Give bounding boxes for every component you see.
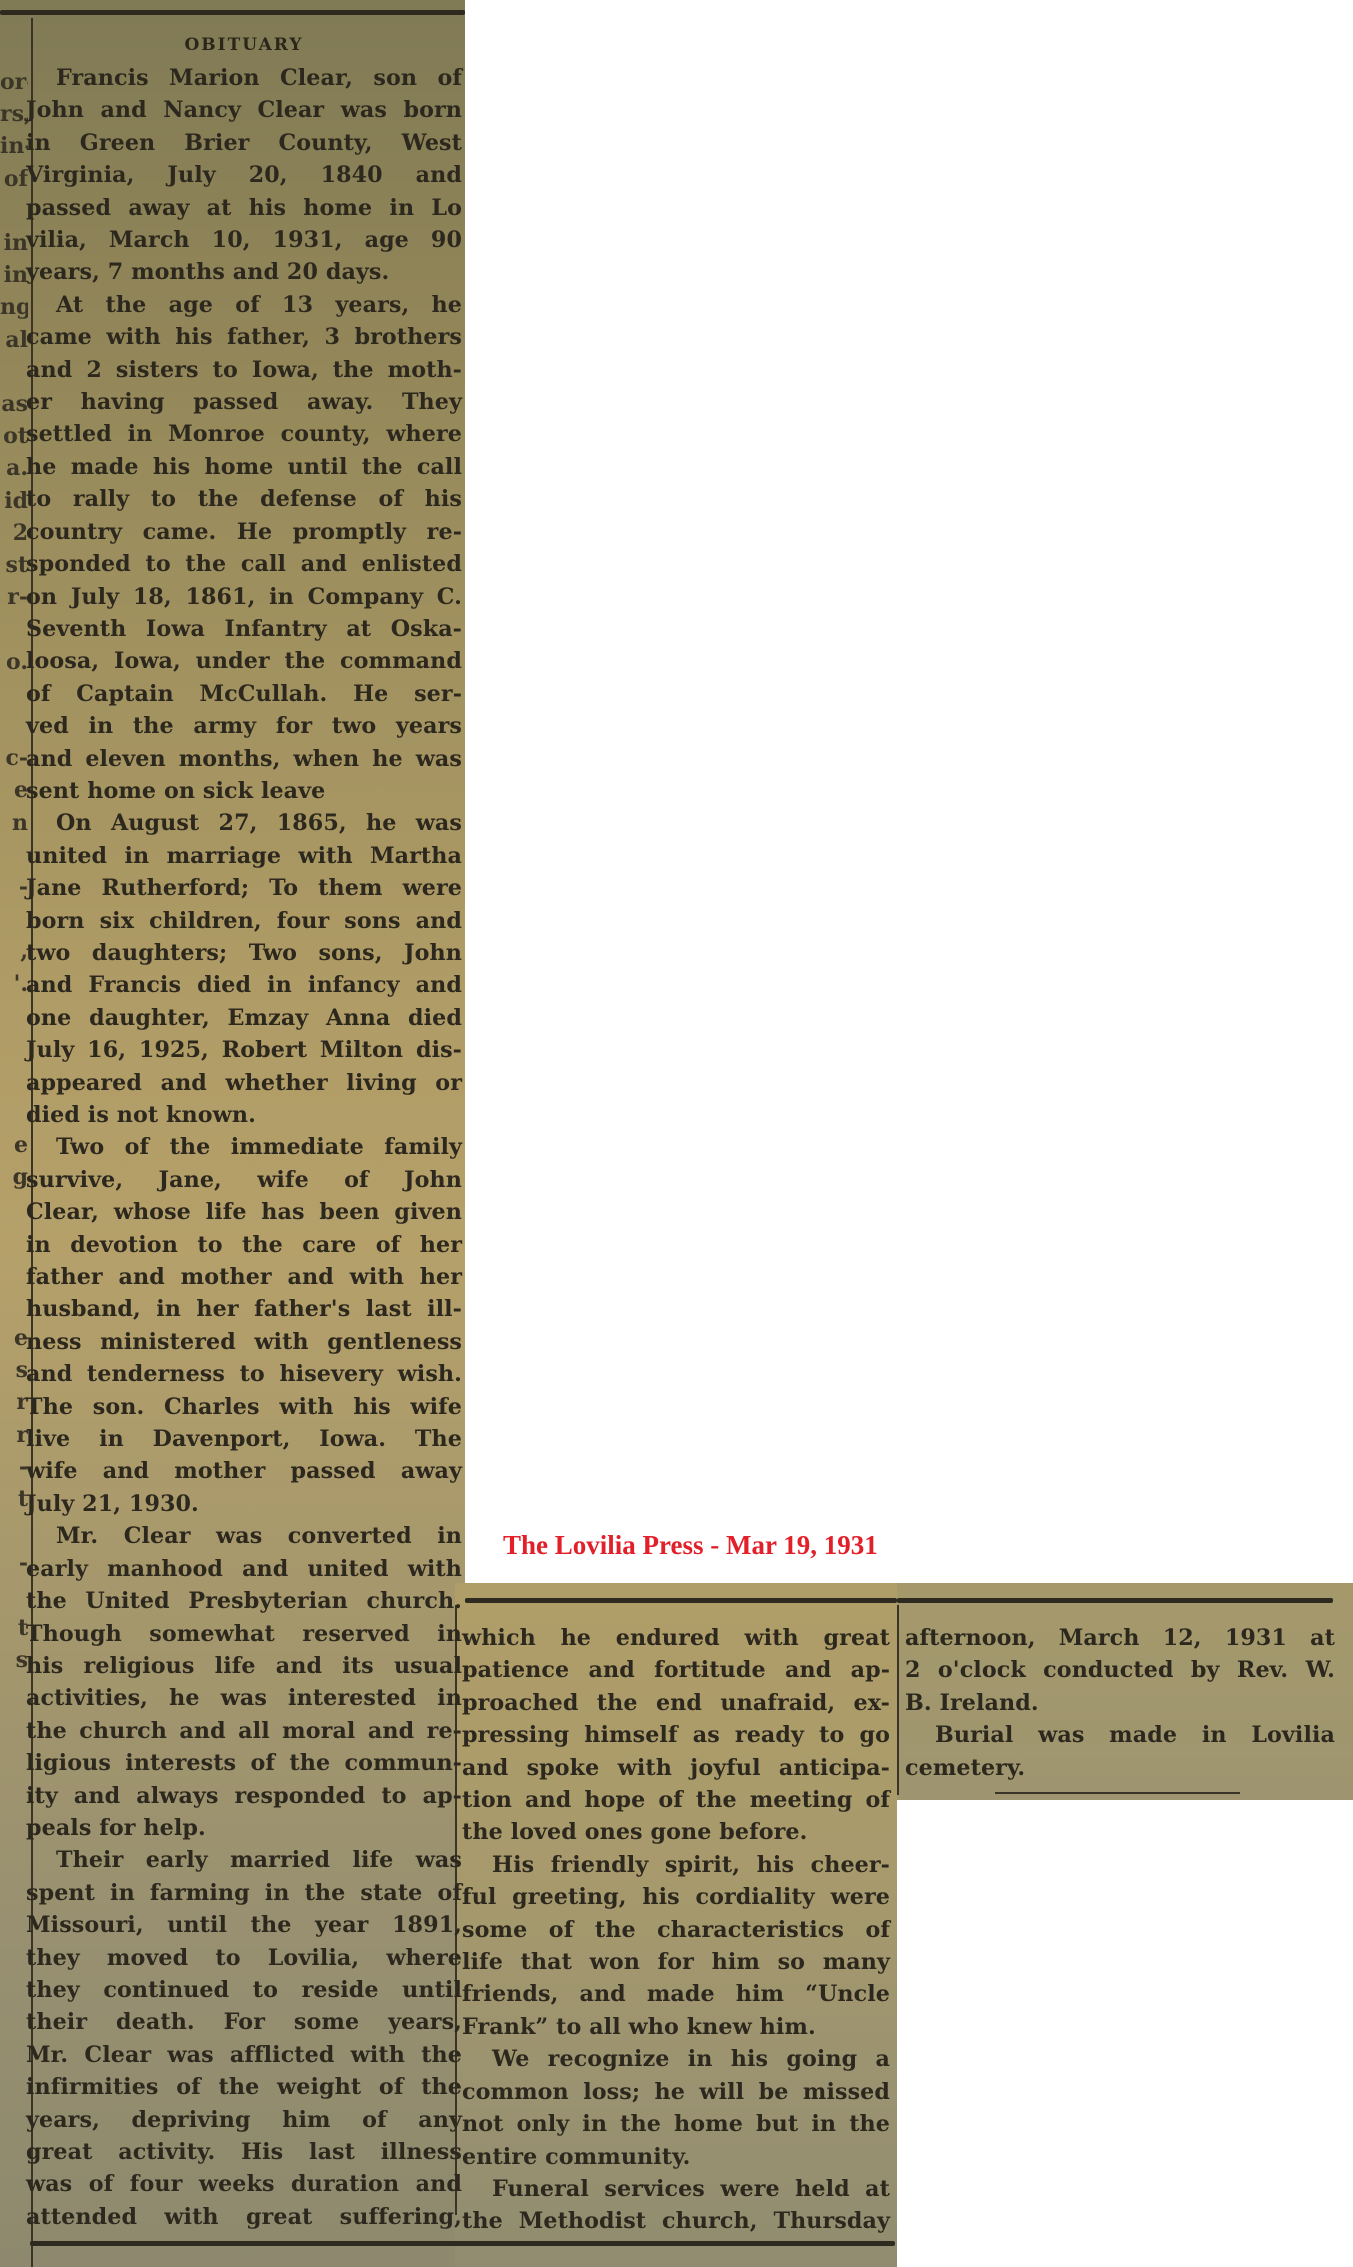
text-line: years, depriving him of any <box>26 2104 462 2136</box>
text-line: ity and always responded to ap- <box>26 1780 462 1812</box>
text-line: in devotion to the care of her <box>26 1229 462 1261</box>
text-line: and 2 sisters to Iowa, the moth- <box>26 354 462 386</box>
text-line: pressing himself as ready to go <box>462 1719 890 1751</box>
text-line: to rally to the defense of his <box>26 483 462 515</box>
text-line: ligious interests of the commun- <box>26 1747 462 1779</box>
text-line: July 16, 1925, Robert Milton dis- <box>26 1034 462 1066</box>
text-line: Missouri, until the year 1891, <box>26 1909 462 1941</box>
text-line: Francis Marion Clear, son of <box>26 62 462 94</box>
text-line: great activity. His last illness <box>26 2136 462 2168</box>
column-3-text: afternoon, March 12, 1931 at2 o'clock co… <box>905 1622 1335 1784</box>
top-rule <box>0 10 465 15</box>
text-line: survive, Jane, wife of John <box>26 1164 462 1196</box>
text-line: the loved ones gone before. <box>462 1816 890 1848</box>
text-line: two daughters; Two sons, John <box>26 937 462 969</box>
text-line: At the age of 13 years, he <box>26 289 462 321</box>
text-line: born six children, four sons and <box>26 905 462 937</box>
text-line: their death. For some years, <box>26 2006 462 2038</box>
obituary-column-3: afternoon, March 12, 1931 at2 o'clock co… <box>905 1622 1335 1784</box>
text-line: activities, he was interested in <box>26 1682 462 1714</box>
text-line: The son. Charles with his wife <box>26 1391 462 1423</box>
section-rule-right <box>897 1598 1333 1603</box>
text-line: Jane Rutherford; To them were <box>26 872 462 904</box>
text-line: ful greeting, his cordiality were <box>462 1881 890 1913</box>
text-line: he made his home until the call <box>26 451 462 483</box>
text-line: common loss; he will be missed <box>462 2076 890 2108</box>
text-line: country came. He promptly re- <box>26 516 462 548</box>
text-line: life that won for him so many <box>462 1946 890 1978</box>
text-line: his religious life and its usual <box>26 1650 462 1682</box>
text-line: united in marriage with Martha <box>26 840 462 872</box>
text-line: was of four weeks duration and <box>26 2168 462 2200</box>
text-line: they continued to reside until <box>26 1974 462 2006</box>
obituary-column-2: which he endured with greatpatience and … <box>462 1622 890 2238</box>
text-line: afternoon, March 12, 1931 at <box>905 1622 1335 1654</box>
text-line: Virginia, July 20, 1840 and <box>26 159 462 191</box>
text-line: infirmities of the weight of the <box>26 2071 462 2103</box>
text-line: On August 27, 1865, he was <box>26 807 462 839</box>
text-line: of Captain McCullah. He ser- <box>26 678 462 710</box>
text-line: Mr. Clear was converted in <box>26 1520 462 1552</box>
text-line: Seventh Iowa Infantry at Oska- <box>26 613 462 645</box>
text-line: We recognize in his going a <box>462 2043 890 2075</box>
text-line: one daughter, Emzay Anna died <box>26 1002 462 1034</box>
text-line: father and mother and with her <box>26 1261 462 1293</box>
text-line: John and Nancy Clear was born <box>26 94 462 126</box>
text-line: and eleven months, when he was <box>26 743 462 775</box>
text-line: live in Davenport, Iowa. The <box>26 1423 462 1455</box>
text-line: July 21, 1930. <box>26 1488 462 1520</box>
text-line: tion and hope of the meeting of <box>462 1784 890 1816</box>
text-line: the Methodist church, Thursday <box>462 2205 890 2237</box>
text-line: appeared and whether living or <box>26 1067 462 1099</box>
text-line: passed away at his home in Lo <box>26 192 462 224</box>
text-line: cemetery. <box>905 1752 1335 1784</box>
text-line: some of the characteristics of <box>462 1914 890 1946</box>
text-line: spent in farming in the state of <box>26 1877 462 1909</box>
text-line: ness ministered with gentleness <box>26 1326 462 1358</box>
text-line: attended with great suffering, <box>26 2201 462 2233</box>
text-line: friends, and made him “Uncle <box>462 1978 890 2010</box>
text-line: the United Presbyterian church. <box>26 1585 462 1617</box>
text-line: Though somewhat reserved in <box>26 1618 462 1650</box>
column-1-text: Francis Marion Clear, son ofJohn and Nan… <box>26 62 462 2233</box>
text-line: Frank” to all who knew him. <box>462 2011 890 2043</box>
text-line: husband, in her father's last ill- <box>26 1293 462 1325</box>
text-line: and spoke with joyful anticipa- <box>462 1752 890 1784</box>
text-line: entire community. <box>462 2141 890 2173</box>
text-line: wife and mother passed away <box>26 1455 462 1487</box>
text-line: and tenderness to hisevery wish. <box>26 1358 462 1390</box>
column-divider-right <box>897 1605 899 1795</box>
text-line: proached the end unafraid, ex- <box>462 1687 890 1719</box>
obituary-column-1: OBITUARY Francis Marion Clear, son ofJoh… <box>26 30 462 2233</box>
text-line: Clear, whose life has been given <box>26 1196 462 1228</box>
text-line: they moved to Lovilia, where <box>26 1942 462 1974</box>
text-line: Their early married life was <box>26 1844 462 1876</box>
end-rule <box>995 1792 1240 1794</box>
text-line: Burial was made in Lovilia <box>905 1719 1335 1751</box>
text-line: years, 7 months and 20 days. <box>26 256 462 288</box>
text-line: sponded to the call and enlisted <box>26 548 462 580</box>
text-line: er having passed away. They <box>26 386 462 418</box>
text-line: died is not known. <box>26 1099 462 1131</box>
text-line: not only in the home but in the <box>462 2108 890 2140</box>
text-line: which he endured with great <box>462 1622 890 1654</box>
text-line: 2 o'clock conducted by Rev. W. <box>905 1654 1335 1686</box>
text-line: sent home on sick leave <box>26 775 462 807</box>
text-line: Funeral services were held at <box>462 2173 890 2205</box>
text-line: loosa, Iowa, under the command <box>26 645 462 677</box>
source-caption: The Lovilia Press - Mar 19, 1931 <box>503 1530 878 1561</box>
obituary-heading: OBITUARY <box>26 30 462 60</box>
text-line: in Green Brier County, West <box>26 127 462 159</box>
text-line: early manhood and united with <box>26 1553 462 1585</box>
text-line: peals for help. <box>26 1812 462 1844</box>
column-2-text: which he endured with greatpatience and … <box>462 1622 890 2238</box>
section-rule-middle <box>465 1598 897 1603</box>
text-line: His friendly spirit, his cheer- <box>462 1849 890 1881</box>
text-line: settled in Monroe county, where <box>26 418 462 450</box>
adjacent-column-fragments: or- rs, in- of in in ng al as ot a. id 2… <box>0 66 28 1676</box>
bottom-rule <box>30 2241 895 2246</box>
text-line: on July 18, 1861, in Company C. <box>26 581 462 613</box>
text-line: ved in the army for two years <box>26 710 462 742</box>
text-line: Two of the immediate family <box>26 1131 462 1163</box>
text-line: and Francis died in infancy and <box>26 969 462 1001</box>
text-line: the church and all moral and re- <box>26 1715 462 1747</box>
text-line: patience and fortitude and ap- <box>462 1654 890 1686</box>
text-line: vilia, March 10, 1931, age 90 <box>26 224 462 256</box>
text-line: came with his father, 3 brothers <box>26 321 462 353</box>
text-line: B. Ireland. <box>905 1687 1335 1719</box>
text-line: Mr. Clear was afflicted with the <box>26 2039 462 2071</box>
